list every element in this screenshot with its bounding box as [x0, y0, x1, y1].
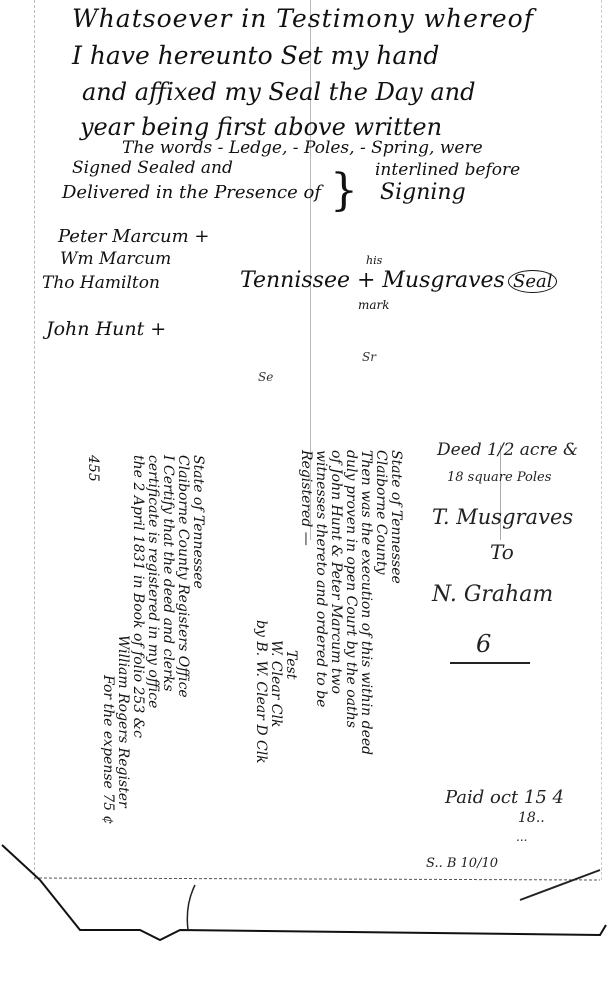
- probate-line-3: Then was the execution of this within de…: [358, 450, 373, 764]
- witness-signature-1: Peter Marcum +: [58, 226, 209, 247]
- docket-line-6: 6: [476, 630, 491, 658]
- docket-underline: [450, 662, 530, 664]
- register-line-6: William Rogers Register: [115, 455, 130, 824]
- attestation-line-3: and affixed my Seal the Day and: [82, 78, 475, 106]
- probate-line-6: witnesses thereto and ordered to be: [313, 450, 328, 764]
- brace-mark: }: [330, 165, 358, 216]
- register-line-1: State of Tennessee: [190, 455, 205, 824]
- docket-line-3: T. Musgraves: [432, 505, 573, 529]
- paid-note-line-2: 18..: [518, 810, 545, 826]
- seal-mark: Seal: [508, 270, 557, 293]
- register-line-5: the 2 April 1831 in Book of folio 253 &c: [130, 455, 145, 824]
- grantor-signature: Tennissee + Musgraves: [240, 268, 505, 293]
- document-page: Whatsoever in Testimony whereof I have h…: [0, 0, 607, 999]
- signing-line: Signing: [380, 180, 466, 205]
- witness-signature-4: John Hunt +: [46, 318, 166, 340]
- probate-line-8: Test: [283, 450, 298, 764]
- signed-sealed-line: Signed Sealed and: [72, 158, 233, 178]
- register-line-7: For the expense 75 ¢: [100, 455, 115, 824]
- attestation-line-1: Whatsoever in Testimony whereof: [72, 4, 534, 33]
- probate-line-4: duly proven in open Court by the oaths: [343, 450, 358, 764]
- docket-line-5: N. Graham: [432, 582, 553, 607]
- register-line-4: certificate is registered in my office: [145, 455, 160, 824]
- stamp-mark: S.. B 10/10: [426, 856, 498, 871]
- docket-line-2: 18 square Poles: [447, 470, 551, 485]
- docket-line-4: To: [490, 540, 514, 564]
- mark-label: mark: [358, 298, 390, 312]
- witness-signature-3: Tho Hamilton: [42, 273, 160, 293]
- register-line-2: Claiborne County Registers Office: [175, 455, 190, 824]
- witness-signature-2: Wm Marcum: [60, 249, 171, 269]
- paid-note-line-3: ...: [516, 830, 527, 844]
- probate-line-10: by B. W. Clear D Clk: [253, 450, 268, 764]
- probate-line-7: Registered —: [298, 450, 313, 764]
- probate-note: State of Tennessee Claiborne County Then…: [253, 450, 403, 764]
- attestation-line-4: year being first above written: [80, 113, 442, 141]
- probate-line-9: W. Clear Clk: [268, 450, 283, 764]
- attestation-line-2: I have hereunto Set my hand: [72, 41, 439, 70]
- interlineation-note: The words - Ledge, - Poles, - Spring, we…: [122, 138, 483, 158]
- stray-mark-1: Se: [258, 370, 273, 384]
- register-line-8: 455: [85, 455, 100, 824]
- paid-note-line-1: Paid oct 15 4: [445, 787, 564, 808]
- probate-line-1: State of Tennessee: [388, 450, 403, 764]
- his-label: his: [366, 254, 382, 267]
- interlined-before-line: interlined before: [375, 160, 520, 180]
- stray-mark-2: Sr: [362, 350, 376, 364]
- delivered-presence-line: Delivered in the Presence of: [62, 182, 321, 203]
- probate-line-5: of John Hunt & Peter Marcum two: [328, 450, 343, 764]
- docket-line-1: Deed 1/2 acre &: [437, 440, 578, 460]
- probate-line-2: Claiborne County: [373, 450, 388, 764]
- register-line-3: I Certify that the deed and clerks: [160, 455, 175, 824]
- register-certificate: State of Tennessee Claiborne County Regi…: [85, 455, 205, 824]
